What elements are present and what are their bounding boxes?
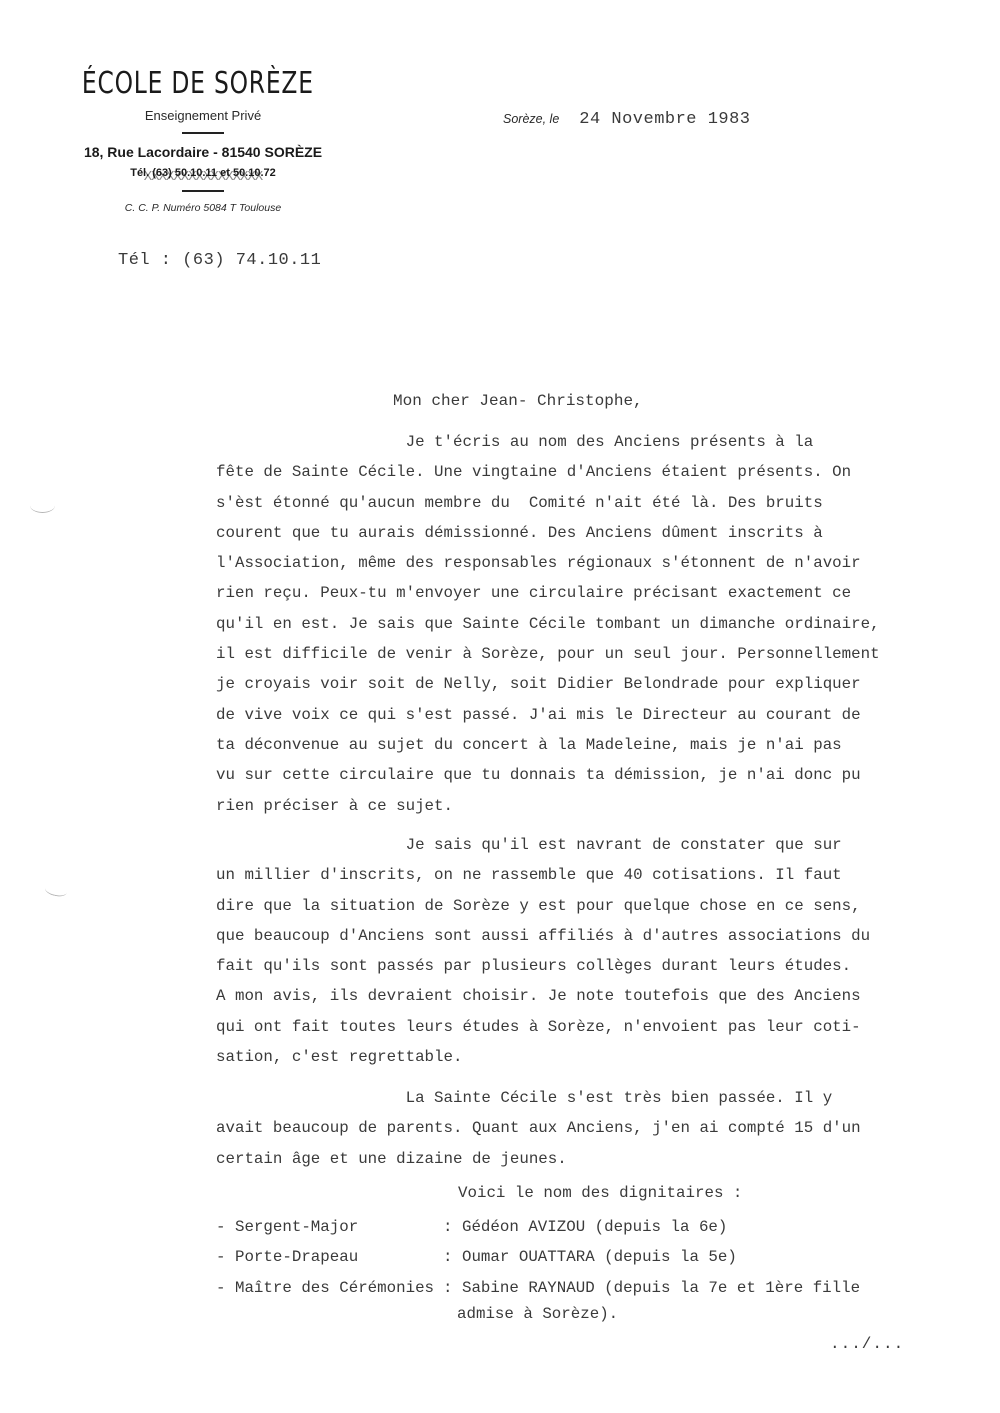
text-line: Je sais qu'il est navrant de constater q… (216, 830, 976, 860)
text-line: fête de Sainte Cécile. Une vingtaine d'A… (216, 457, 976, 487)
text-line: qui ont fait toutes leurs études à Sorèz… (216, 1012, 976, 1042)
margin-pencil-mark (44, 883, 68, 898)
text-line: un millier d'inscrits, on ne rassemble q… (216, 860, 976, 890)
divider (182, 132, 224, 134)
dignitary-role: - Maître des Cérémonies (216, 1273, 443, 1303)
text-line: ta déconvenue au sujet du concert à la M… (216, 730, 976, 760)
text-line: s'èst étonné qu'aucun membre du Comité n… (216, 488, 976, 518)
ccp-number: C. C. P. Numéro 5084 T Toulouse (58, 202, 348, 214)
text-line: je croyais voir soit de Nelly, soit Didi… (216, 669, 976, 699)
dignitaries-intro: Voici le nom des dignitaires : (458, 1184, 742, 1202)
text-line: l'Association, même des responsables rég… (216, 548, 976, 578)
salutation: Mon cher Jean- Christophe, (393, 392, 643, 410)
letterhead: ÉCOLE DE SORÈZE Enseignement Privé 18, R… (58, 66, 348, 214)
letterhead-subtitle: Enseignement Privé (58, 108, 348, 123)
dignitary-role: - Porte-Drapeau (216, 1242, 443, 1272)
text-line: avait beaucoup de parents. Quant aux Anc… (216, 1113, 976, 1143)
dignitary-name: : Oumar OUATTARA (depuis la 5e) (443, 1242, 737, 1272)
letter-date: 24 Novembre 1983 (579, 110, 750, 129)
dignitary-role: - Sergent-Major (216, 1212, 443, 1242)
dignitaries-list: - Sergent-Major : Gédéon AVIZOU (depuis … (216, 1212, 860, 1325)
dignitary-row: - Porte-Drapeau : Oumar OUATTARA (depuis… (216, 1242, 860, 1272)
dignitary-name: : Gédéon AVIZOU (depuis la 6e) (443, 1212, 727, 1242)
paragraph-1: Je t'écris au nom des Anciens présents à… (216, 427, 976, 821)
dignitary-row: - Sergent-Major : Gédéon AVIZOU (depuis … (216, 1212, 860, 1242)
text-line: certain âge et une dizaine de jeunes. (216, 1144, 976, 1174)
text-line: que beaucoup d'Anciens sont aussi affili… (216, 921, 976, 951)
text-line: qu'il en est. Je sais que Sainte Cécile … (216, 609, 976, 639)
dignitary-row: - Maître des Cérémonies : Sabine RAYNAUD… (216, 1273, 860, 1303)
paragraph-2: Je sais qu'il est navrant de constater q… (216, 830, 976, 1072)
text-line: rien reçu. Peux-tu m'envoyer une circula… (216, 578, 976, 608)
text-line: dire que la situation de Sorèze y est po… (216, 891, 976, 921)
text-line: de vive voix ce qui s'est passé. J'ai mi… (216, 700, 976, 730)
struck-phone-number: Tél. (63) 50.10.11 et 50.10.72 XXXXXXXXX… (58, 167, 348, 181)
margin-pencil-mark (30, 498, 55, 513)
school-address: 18, Rue Lacordaire - 81540 SORÈZE (58, 144, 348, 160)
date-line: Sorèze, le 24 Novembre 1983 (503, 110, 751, 129)
text-line: rien préciser à ce sujet. (216, 791, 976, 821)
text-line: fait qu'ils sont passés par plusieurs co… (216, 951, 976, 981)
text-line: sation, c'est regrettable. (216, 1042, 976, 1072)
page-continuation-mark: .../... (830, 1335, 904, 1353)
text-line: La Sainte Cécile s'est très bien passée.… (216, 1083, 976, 1113)
dignitary-name: : Sabine RAYNAUD (depuis la 7e et 1ère f… (443, 1273, 860, 1303)
old-phone-text: Tél. (63) 50.10.11 et 50.10.72 (130, 167, 276, 179)
text-line: il est difficile de venir à Sorèze, pour… (216, 639, 976, 669)
dignitary-continuation: admise à Sorèze). (216, 1303, 860, 1325)
new-phone-number: Tél : (63) 74.10.11 (118, 251, 321, 270)
date-place: Sorèze, le (503, 112, 559, 126)
divider (182, 190, 224, 192)
text-line: vu sur cette circulaire que tu donnais t… (216, 760, 976, 790)
text-line: courent que tu aurais démissionné. Des A… (216, 518, 976, 548)
text-line: A mon avis, ils devraient choisir. Je no… (216, 981, 976, 1011)
school-name: ÉCOLE DE SORÈZE (82, 66, 308, 102)
paragraph-3: La Sainte Cécile s'est très bien passée.… (216, 1083, 976, 1174)
text-line: Je t'écris au nom des Anciens présents à… (216, 427, 976, 457)
